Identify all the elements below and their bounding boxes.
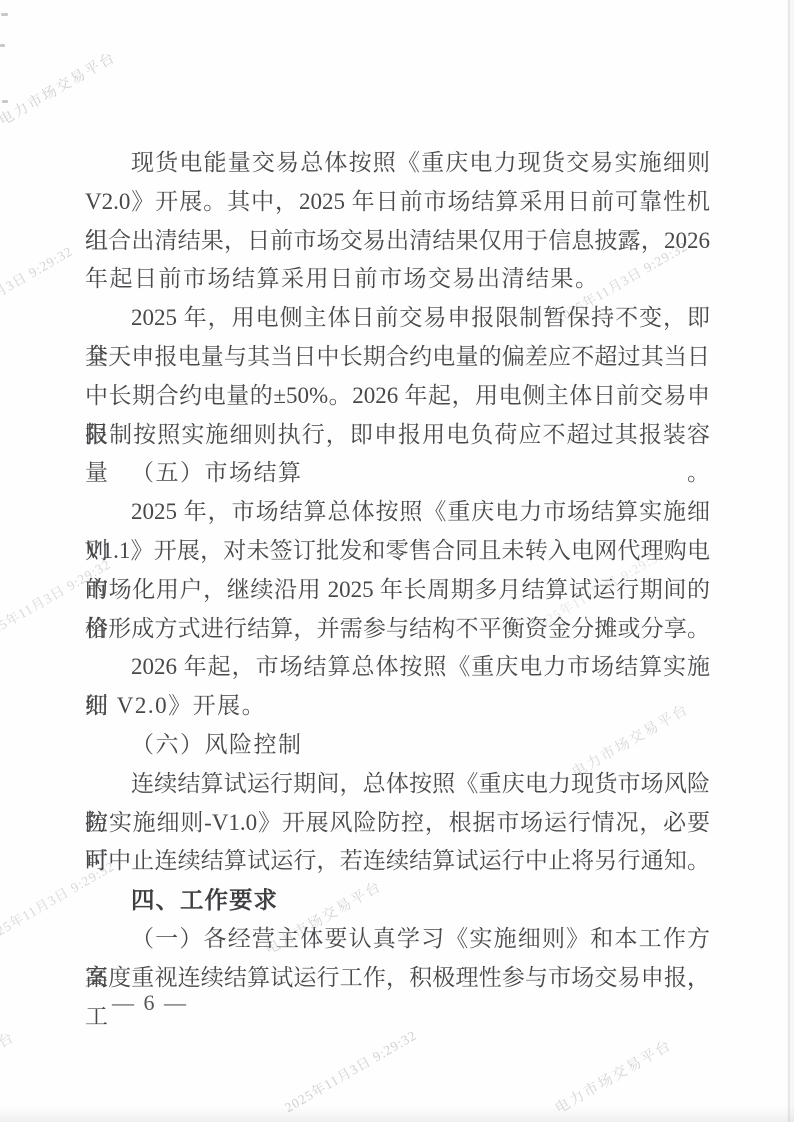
paragraph-line: 可中止连续结算试运行，若连续结算试运行中止将另行通知。 xyxy=(85,842,710,881)
paragraph-line: 2025 年，市场结算总体按照《重庆电力市场结算实施细则 xyxy=(85,493,710,532)
paragraph-line: 2025 年，用电侧主体日前交易申报限制暂保持不变，即其 xyxy=(85,299,710,338)
scan-edge-artifact xyxy=(788,0,790,1122)
scan-noise xyxy=(2,100,8,103)
document-page: 电力市场交易平台 2025年11月3日 9:29:32 2025年11月3日 9… xyxy=(0,0,794,1122)
paragraph-line: 年起日前市场结算采用日前市场交易出清结果。 xyxy=(85,260,710,299)
watermark-platform-icon: 电力市场交易平台 xyxy=(0,46,119,130)
scan-noise xyxy=(0,44,5,47)
page-number: — 6 — xyxy=(112,990,188,1016)
paragraph-line: 格形成方式进行结算，并需参与结构不平衡资金分摊或分享。 xyxy=(85,610,710,649)
paragraph-line: 限制按照实施细则执行，即申报用电负荷应不超过其报装容量。 xyxy=(85,416,710,455)
watermark-timestamp: 2025年11月3日 9:29:32 xyxy=(0,240,76,332)
paragraph-line: 组合出清结果，日前市场交易出清结果仅用于信息披露，2026 xyxy=(85,222,710,261)
paragraph-line: V2.0》开展。其中，2025 年日前市场结算采用日前可靠性机组 xyxy=(85,183,710,222)
section-heading-bold: 四、工作要求 xyxy=(85,881,710,920)
paragraph-line: （一）各经营主体要认真学习《实施细则》和本工作方案， xyxy=(85,920,710,959)
scan-edge-artifact xyxy=(0,1106,794,1122)
paragraph-line: 中长期合约电量的±50%。2026 年起，用电侧主体日前交易申报 xyxy=(85,377,710,416)
scan-noise xyxy=(1,13,8,16)
paragraph-line: 控实施细则-V1.0》开展风险防控，根据市场运行情况，必要时 xyxy=(85,804,710,843)
paragraph-line: 全天申报电量与其当日中长期合约电量的偏差应不超过其当日 xyxy=(85,338,710,377)
paragraph-line: 市场化用户，继续沿用 2025 年长周期多月结算试运行期间的价 xyxy=(85,571,710,610)
watermark-timestamp: 2025年11月3日 9:29:32 xyxy=(280,1024,420,1116)
paragraph-line: 现货电能量交易总体按照《重庆电力现货交易实施细则 xyxy=(85,144,710,183)
watermark-platform: 电力市场交易平台 xyxy=(0,1026,18,1110)
document-content: 现货电能量交易总体按照《重庆电力现货交易实施细则 V2.0》开展。其中，2025… xyxy=(85,144,710,998)
paragraph-line: 则 V2.0》开展。 xyxy=(85,687,710,726)
section-heading: （六）风险控制 xyxy=(85,726,710,765)
paragraph-line: V1.1》开展，对未签订批发和零售合同且未转入电网代理购电的 xyxy=(85,532,710,571)
paragraph-line: 2026 年起，市场结算总体按照《重庆电力市场结算实施细 xyxy=(85,648,710,687)
paragraph-line: 连续结算试运行期间，总体按照《重庆电力现货市场风险防 xyxy=(85,765,710,804)
